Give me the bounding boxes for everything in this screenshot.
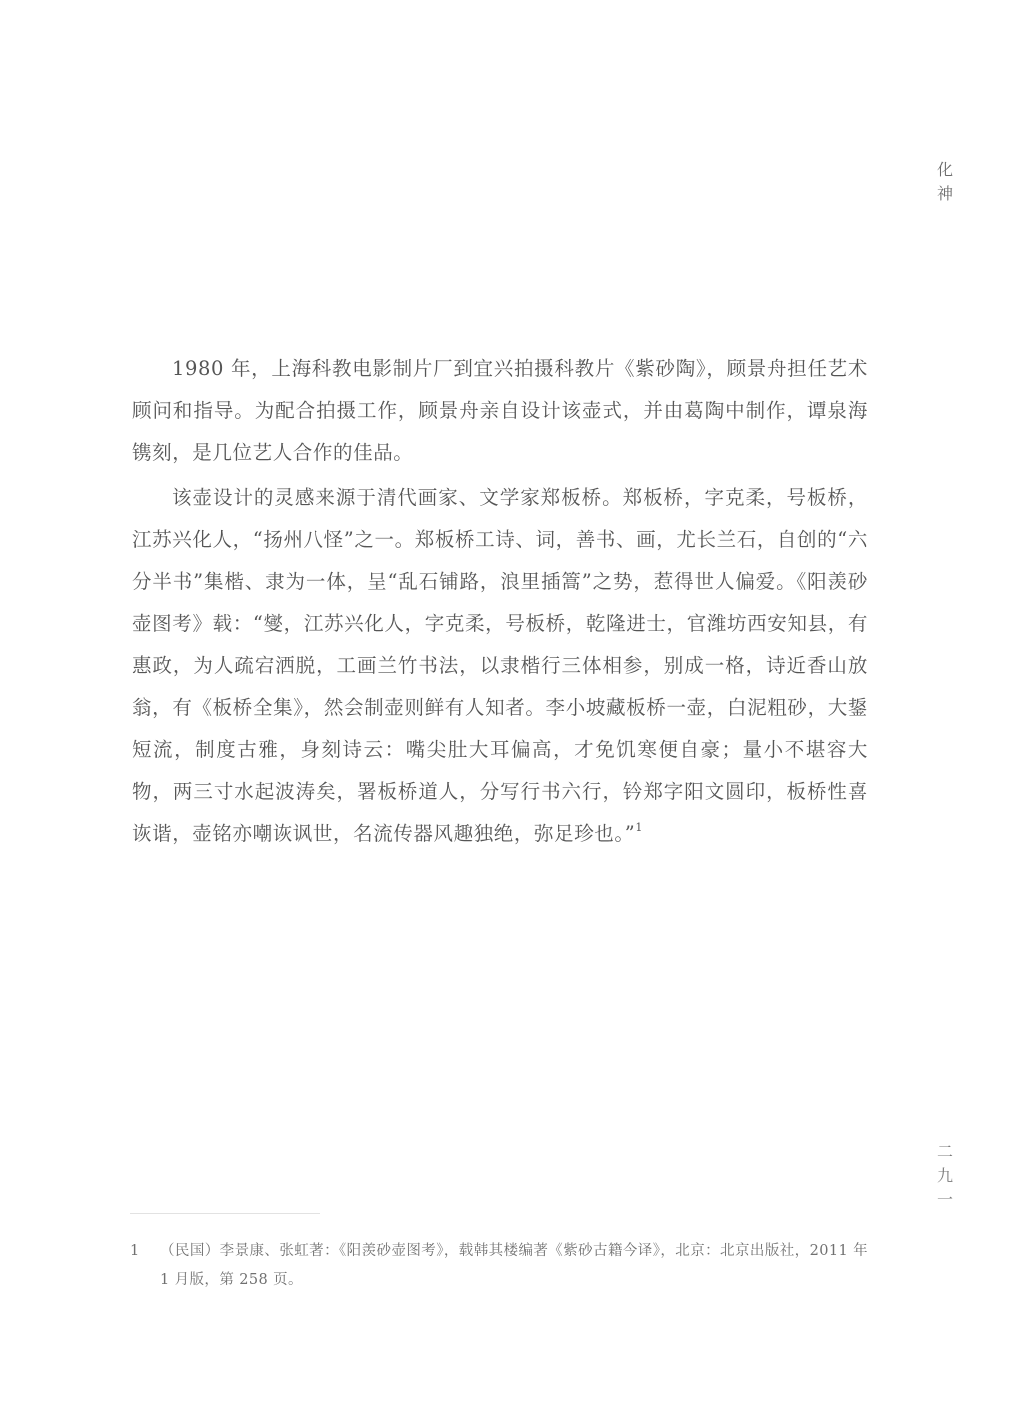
body-text: 1980 年，上海科教电影制片厂到宜兴拍摄科教片《紫砂陶》，顾景舟担任艺术顾问和… xyxy=(132,348,868,858)
page-number-char: 一 xyxy=(934,1188,956,1212)
paragraph: 1980 年，上海科教电影制片厂到宜兴拍摄科教片《紫砂陶》，顾景舟担任艺术顾问和… xyxy=(132,348,868,474)
running-head-char: 化 xyxy=(934,158,956,182)
paragraph-text: 该壶设计的灵感来源于清代画家、文学家郑板桥。郑板桥，字克柔，号板桥，江苏兴化人，… xyxy=(132,486,868,845)
footnote-reference[interactable]: 1 xyxy=(635,821,643,834)
footnote-divider xyxy=(130,1213,320,1214)
footnotes: 1 （民国）李景康、张虹著：《阳羡砂壶图考》，载韩其楼编著《紫砂古籍今译》，北京… xyxy=(130,1237,868,1295)
footnote: 1 （民国）李景康、张虹著：《阳羡砂壶图考》，载韩其楼编著《紫砂古籍今译》，北京… xyxy=(130,1237,868,1295)
paragraph-text: 1980 年，上海科教电影制片厂到宜兴拍摄科教片《紫砂陶》，顾景舟担任艺术顾问和… xyxy=(132,357,868,464)
footnote-number: 1 xyxy=(130,1237,160,1295)
page-number-char: 九 xyxy=(934,1164,956,1188)
footnote-text: （民国）李景康、张虹著：《阳羡砂壶图考》，载韩其楼编著《紫砂古籍今译》，北京：北… xyxy=(160,1237,868,1295)
running-head: 化 神 xyxy=(934,158,956,206)
paragraph: 该壶设计的灵感来源于清代画家、文学家郑板桥。郑板桥，字克柔，号板桥，江苏兴化人，… xyxy=(132,477,868,855)
page-number: 二 九 一 xyxy=(934,1140,956,1212)
page-number-char: 二 xyxy=(934,1140,956,1164)
running-head-char: 神 xyxy=(934,182,956,206)
